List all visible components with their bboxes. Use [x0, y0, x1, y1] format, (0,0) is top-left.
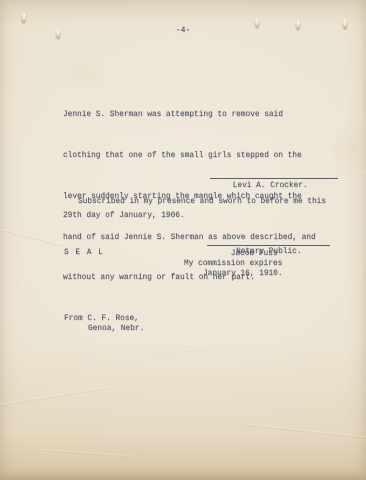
provenance-location: Genoa, Nebr.: [88, 323, 144, 337]
paper-crease: [0, 228, 63, 247]
attestation-line-1: Subscribed in my presence and sworn to b…: [78, 196, 326, 210]
paper-crease: [240, 423, 366, 439]
page-number: -4-: [0, 24, 366, 38]
notary-signature-line: Jacob Fuss: [207, 234, 330, 246]
attestation-line-2: 29th day of January, 1906.: [63, 210, 185, 224]
paper-crease: [150, 348, 220, 354]
commission-expiry-line-2: January 16, 1910.: [203, 268, 283, 282]
seal-label: S E A L: [64, 247, 104, 261]
document-page: -4- Jennie S. Sherman was attempting to …: [0, 0, 366, 480]
fastener-mark: [22, 13, 27, 22]
witness-signature-line: Levi A. Crocker.: [210, 166, 338, 179]
paper-crease: [40, 449, 130, 457]
witness-signature: Levi A. Crocker.: [229, 182, 308, 190]
paper-crease: [0, 387, 109, 408]
paragraph-line: Jennie S. Sherman was attempting to remo…: [63, 109, 316, 123]
paragraph-line: clothing that one of the small girls ste…: [63, 150, 316, 164]
